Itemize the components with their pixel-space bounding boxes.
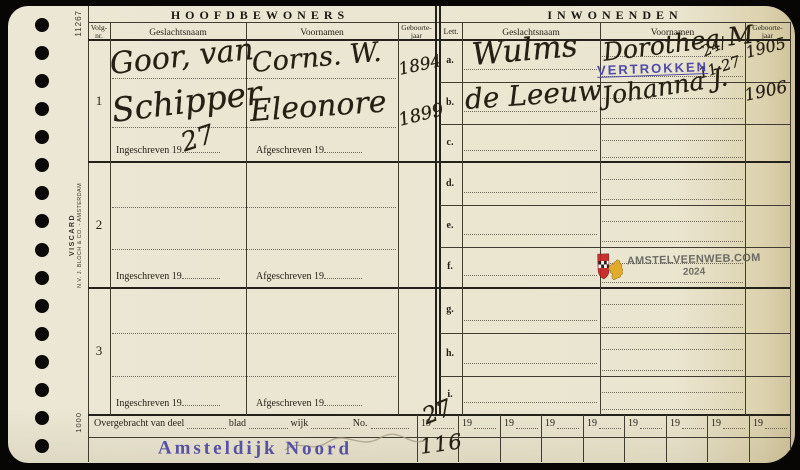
watermark: AMSTELVEENWEB.COM 2024 [597,249,762,283]
dotted-line [602,157,743,158]
lett-column-rule [462,22,463,415]
rule-line [440,376,790,377]
dotted-line [112,207,396,208]
dotted-line [602,349,743,350]
row-letter-e: e. [440,220,460,231]
year-cell: 19 [711,418,745,429]
wijk-label: wijk [291,418,309,429]
printer-imprint: VISCARD N.V. J. BLOCH & CO. - AMSTERDAM [69,160,83,310]
printer-company: N.V. J. BLOCH & CO. - AMSTERDAM [77,160,83,310]
card-serial-number: 11267 [74,10,83,37]
dotted-line [464,320,597,321]
dotted-line [602,392,743,393]
punch-hole [35,18,49,32]
year-cell: 19 [670,418,704,429]
colhead-geboortejaar-left: Geboorte- jaar [398,24,435,41]
punch-hole [35,299,49,313]
street-name-stamp: Amsteldijk Noord [130,437,380,460]
row-letter-d: d. [440,178,460,189]
overgebracht-label: Overgebracht van deel [94,418,184,429]
printer-brand: VISCARD [69,160,76,310]
dotted-line [602,409,743,410]
dotted-line [464,192,597,193]
ingeschreven-label: Ingeschreven 19 [116,396,220,409]
dotted-line [602,118,743,119]
punch-hole [35,383,49,397]
right-year-column-rule [745,22,746,415]
row-letter-c: c. [440,137,460,148]
row-letter-f: f. [440,261,460,272]
left-year-column-rule [398,22,399,415]
punch-hole [35,186,49,200]
dotted-line [464,275,597,276]
rule-line [583,415,584,462]
volgnr-2: 2 [88,217,110,233]
dotted-line [464,150,597,151]
year-cell: 19 [587,418,621,429]
amstelveen-crest-icon [597,252,624,283]
dotted-line [602,221,743,222]
form-left-border [88,6,89,462]
punch-hole [35,102,49,116]
rule-line [707,415,708,462]
dotted-line [112,376,396,377]
dotted-line [464,234,597,235]
dotted-line [602,179,743,180]
row-letter-a: a. [440,55,460,66]
afgeschreven-label: Afgeschreven 19 [256,396,362,409]
blad-label: blad [229,418,246,429]
year-cell: 19 [628,418,662,429]
dotted-line [112,333,396,334]
afgeschreven-label: Afgeschreven 19 [256,269,362,282]
rule-line [440,333,790,334]
dotted-line [602,199,743,200]
volgnr-3: 3 [88,343,110,359]
punch-hole [35,271,49,285]
right-section-title: INWONENDEN [455,8,775,23]
year-cell: 19 [462,418,496,429]
left-section-title: HOOFDBEWONERS [110,8,410,23]
dotted-line [602,140,743,141]
rule-line [541,415,542,462]
year-cell: 19 [504,418,538,429]
geslachtsnaam-handwritten: Wulms [471,31,579,71]
colhead-volgnr: Volg- nr. [88,24,110,41]
row-letter-h: h. [440,348,460,359]
punch-hole [35,46,49,60]
punch-hole [35,355,49,369]
dotted-line [602,304,743,305]
punch-hole [35,243,49,257]
punch-hole [35,130,49,144]
punch-hole [35,158,49,172]
rule-line [440,247,790,248]
transfer-row: Overgebracht van deel blad wijk No. [94,418,412,429]
form-right-border [790,22,791,450]
year-cell: 19 [753,418,787,429]
punch-hole [35,74,49,88]
rule-line [440,205,790,206]
crest-lion-icon [609,260,623,280]
punch-hole [35,439,49,453]
volgnr-1: 1 [88,93,110,109]
rule-line [666,415,667,462]
rule-line [624,415,625,462]
punch-hole [35,214,49,228]
punch-hole [35,327,49,341]
dotted-line [602,241,743,242]
punch-strip [35,0,49,470]
dotted-line [602,327,743,328]
rule-line [440,124,790,125]
row-letter-g: g. [440,304,460,315]
watermark-text: AMSTELVEENWEB.COM 2024 [627,252,761,280]
dotted-line [464,402,597,403]
rule-line [500,415,501,462]
crest-checker-band [598,261,608,268]
dotted-line [112,249,396,250]
year-cell: 19 [545,418,579,429]
dotted-line [602,370,743,371]
colhead-lett: Lett. [440,28,462,37]
card-stock-number: 1000 [74,412,83,433]
dotted-line [464,363,597,364]
punch-hole [35,411,49,425]
rule-line [749,415,750,462]
afgeschreven-label: Afgeschreven 19 [256,143,362,156]
no-label: No. [353,418,368,429]
ingeschreven-label: Ingeschreven 19 [116,269,220,282]
